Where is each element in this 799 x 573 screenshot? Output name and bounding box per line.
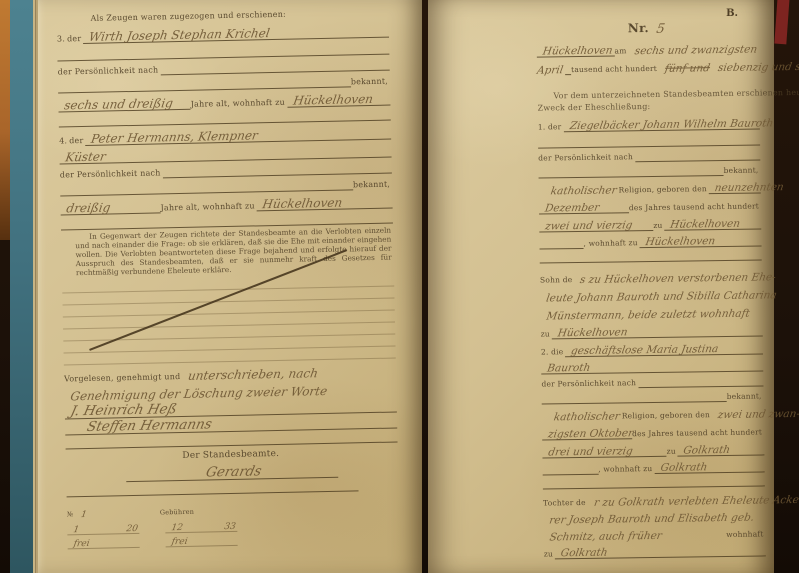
daughter-of-label: Tochter de [543,498,588,509]
groom-residence: Hückelhoven [645,235,717,248]
witness-2-age: dreißig [65,200,111,215]
fee-1-pfennig: 20 [125,523,138,533]
groom-birth-place: Hückelhoven [670,218,742,231]
year-corrected-word: fünf und [664,62,711,75]
groom-birth-day: neunzehnten [714,181,785,194]
book-spine-red-label [774,0,789,44]
fee-column-2: 12 33 frei [165,517,238,547]
witness-2-occupation: Küster [64,150,106,165]
fee-2-pfennig: 33 [223,521,236,531]
registry-place: Hückelhoven [542,45,614,58]
cancelled-blank-section [62,274,396,365]
registrar-signature: Gerards [205,463,264,480]
at-label: zu [667,446,678,456]
record-number-label: Nr. [628,21,651,36]
bride-parents-place: Golkrath [560,546,609,559]
right-page: B. Nr. 5 Hückelhoven am sechs und zwanzi… [428,0,774,573]
resident-label: wohnhaft [726,529,765,540]
record-number-value: 5 [656,22,667,37]
right-page-content: Nr. 5 Hückelhoven am sechs und zwanzigst… [536,2,766,559]
known-label: bekannt, [723,165,760,176]
bride-number: 2. die [541,347,566,357]
at-label: zu [653,221,664,231]
at-label: zu [544,549,555,559]
fee-label: Gebühren [160,507,197,517]
at-label: zu [541,329,552,339]
fee-block: № 1 Gebühren 1 20 frei [67,501,268,549]
registry-year: siebenzig und sechs [717,61,799,75]
bride-birth-place: Golkrath [683,444,732,457]
fee-2-note: frei [171,536,188,546]
ceremony-paragraph: In Gegenwart der Zeugen richtete der Sta… [75,227,392,278]
registry-month: April [536,64,564,76]
fee-2-amount: 12 [170,523,183,533]
left-page-content: Als Zeugen waren zugezogen und erschiene… [56,3,399,549]
fee-number-value: 1 [81,510,88,520]
bride-surname: Bauroth [546,362,591,375]
groom-number: 1. der [538,122,564,132]
known-label: bekannt, [727,391,764,402]
ruled-line [67,490,359,497]
groom-birth-month: Dezember [544,202,600,215]
witness-1-number: 3. [57,34,67,44]
son-of-label: Sohn de [540,275,574,285]
appearance-intro-line-1: Vor dem unterzeichneten Standesbeamten e… [537,89,757,101]
groom-parents-place: Hückelhoven [557,326,629,339]
bride-residence: Golkrath [659,461,708,474]
witness-2-number: 4. [59,136,69,146]
fee-column-1: 1 20 frei [67,519,140,549]
fee-1-note: frei [73,538,90,548]
on-date-label: am [614,46,628,56]
fee-1-amount: 1 [73,525,80,535]
left-page: Als Zeugen waren zugezogen und erschiene… [38,0,422,573]
year-printed-label: tausend acht hundert [571,64,659,75]
scanned-registry-photo: Als Zeugen waren zugezogen und erschiene… [0,0,799,573]
witness-2-article: der [69,136,85,146]
witness-1-article: der [67,34,83,44]
fee-number-label: № [67,510,76,519]
